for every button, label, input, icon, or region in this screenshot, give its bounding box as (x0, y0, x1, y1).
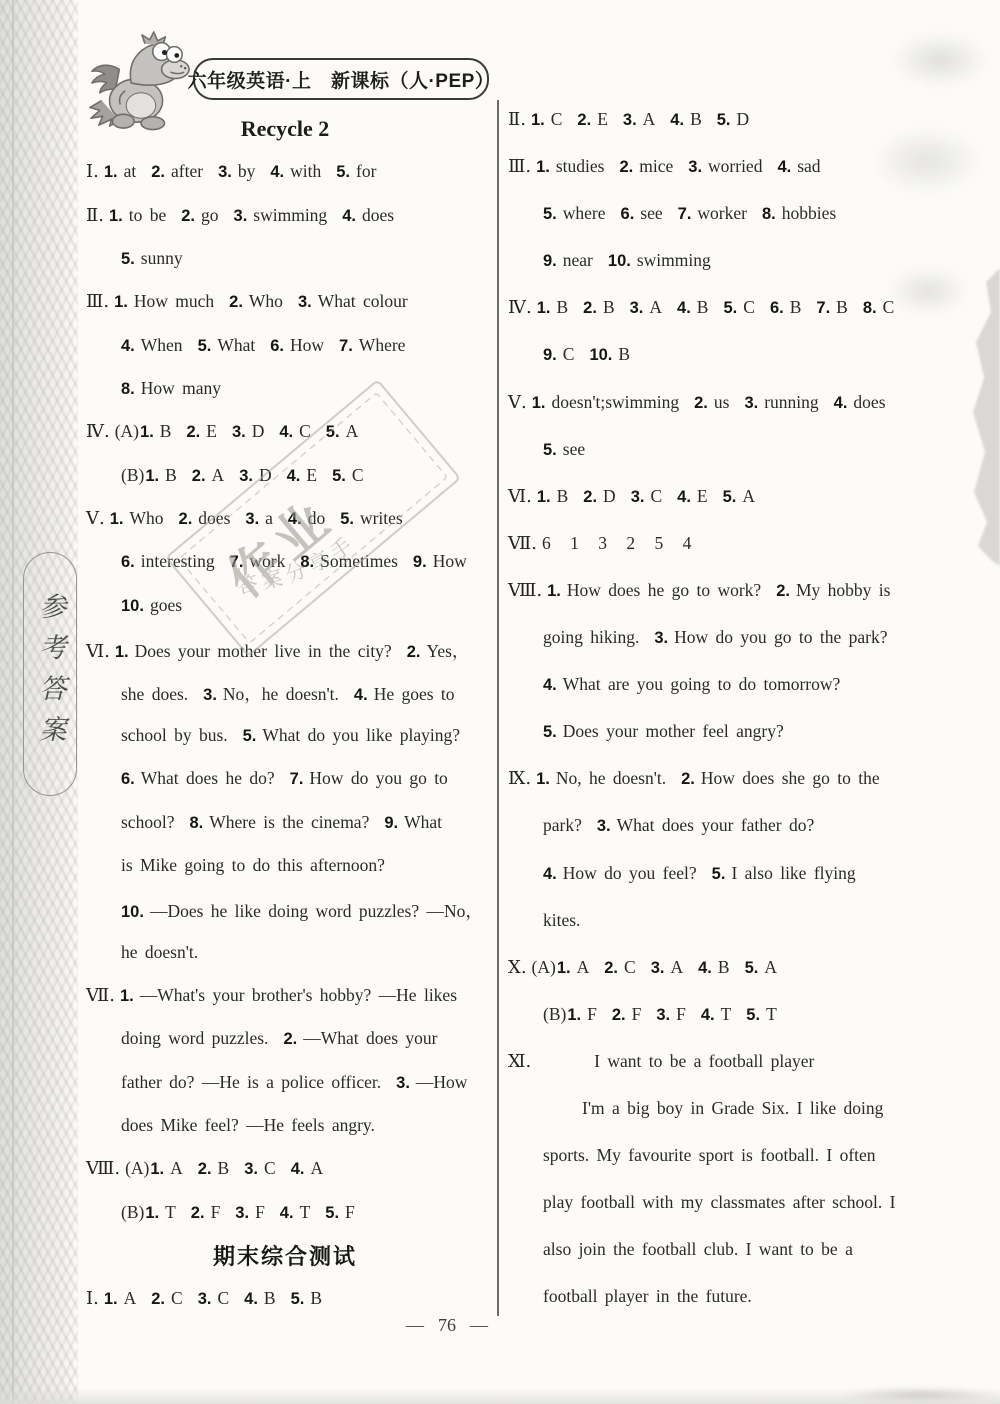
answer-line: 4.What are you going to do tomorrow? (508, 663, 910, 710)
answer-text: B (165, 465, 177, 486)
answer-line: Ⅸ.1.No, he doesn't.2.How does she go to … (508, 757, 910, 804)
section-numeral: Ⅴ. (86, 508, 105, 529)
item-number: 1. (547, 582, 561, 601)
item-number: 1. (110, 510, 124, 529)
answer-text: What (404, 812, 442, 833)
answer-line: Ⅱ.1.C2.E3.A4.B5.D (508, 98, 910, 145)
item-number: 5. (198, 337, 212, 356)
item-number: 4. (288, 510, 302, 529)
bottom-scan-smudge (840, 1388, 1000, 1402)
item-number: 1. (140, 423, 154, 442)
answer-line: 10.—Does he like doing word puzzles? —No… (86, 887, 484, 930)
item-number: 5. (723, 488, 737, 507)
answer-text: he doesn't. (121, 942, 198, 963)
section-numeral: Ⅰ. (86, 1288, 99, 1309)
item-number: 4. (777, 158, 791, 177)
answer-line: Ⅲ.1.studies2.mice3.worried4.sad (508, 145, 910, 192)
item-number: 10. (121, 597, 144, 616)
item-number: 2. (181, 207, 195, 226)
item-number: 4. (698, 959, 712, 978)
item-number: 1. (150, 1160, 164, 1179)
answer-line: Ⅴ.1.doesn't;swimming2.us3.running4.does (508, 381, 910, 428)
answers-column-right: Ⅱ.1.C2.E3.A4.B5.DⅢ.1.studies2.mice3.worr… (508, 98, 910, 1322)
item-number: 9. (543, 346, 557, 365)
answer-text: kites. (543, 910, 580, 931)
answer-text: F (587, 1004, 597, 1025)
item-number: 1. (532, 394, 546, 413)
answer-text: sports. My favourite sport is football. … (543, 1145, 876, 1166)
answer-text: F (211, 1202, 221, 1223)
answer-text: C (650, 486, 662, 507)
answer-line: he doesn't. (86, 931, 484, 974)
item-number: 1. (114, 293, 128, 312)
section-title: 期末综合测试 (86, 1234, 484, 1277)
item-number: 8. (762, 205, 776, 224)
answer-text: My hobby is (796, 580, 890, 601)
answer-text: —What's your brother's hobby? —He likes (140, 985, 457, 1006)
section-numeral: Ⅸ. (508, 768, 531, 789)
section-numeral: Ⅱ. (508, 109, 526, 130)
answer-text: B (218, 1158, 230, 1179)
item-number: 10. (589, 346, 612, 365)
answer-text: doesn't;swimming (552, 392, 680, 413)
answer-line: father do? —He is a police officer.3.—Ho… (86, 1061, 484, 1104)
answer-text: No, he doesn't. (556, 768, 666, 789)
page: { "header": { "series": "六年级英语·上 新课标（人·P… (0, 0, 1000, 1404)
answer-text: does (853, 392, 885, 413)
item-number: 2. (619, 158, 633, 177)
answer-line: is Mike going to do this afternoon? (86, 844, 484, 887)
item-number: 7. (816, 299, 830, 318)
answer-text: Who (249, 291, 283, 312)
answer-line: 8.How many (86, 367, 484, 410)
answer-line: school?8.Where is the cinema?9.What (86, 801, 484, 844)
answer-text: where (563, 203, 606, 224)
answer-line: Ⅰ.1.at2.after3.by4.with5.for (86, 150, 484, 193)
answer-text: Sometimes (320, 551, 398, 572)
answer-line: Ⅷ.1.How does he go to work?2.My hobby is (508, 569, 910, 616)
item-number: 3. (654, 629, 668, 648)
answer-text: Where (359, 335, 406, 356)
item-number: 7. (678, 205, 692, 224)
answer-text: E (597, 109, 608, 130)
answer-line: Ⅶ.1.—What's your brother's hobby? —He li… (86, 974, 484, 1017)
item-number: 3. (744, 394, 758, 413)
item-number: 1. (567, 1006, 581, 1025)
answer-text: What do you like playing? (262, 725, 460, 746)
answer-text: (A) (115, 421, 139, 442)
answer-text: I want to be a football player (594, 1051, 814, 1072)
item-number: 3. (203, 686, 217, 705)
answer-text: No，he doesn't. (223, 681, 339, 706)
item-number: 5. (717, 111, 731, 130)
answer-text: D (252, 421, 265, 442)
answer-line: sports. My favourite sport is football. … (508, 1134, 910, 1181)
item-number: 4. (280, 1204, 294, 1223)
scan-smudge (888, 268, 968, 314)
item-number: 1. (145, 467, 159, 486)
answer-text: (B) (543, 1004, 566, 1025)
answer-line: Ⅲ.1.How much2.Who3.What colour (86, 280, 484, 323)
section-numeral: Ⅳ. (86, 421, 110, 442)
item-number: 3. (623, 111, 637, 130)
answer-line: 5.Does your mother feel angry? (508, 710, 910, 757)
item-number: 4. (342, 207, 356, 226)
answer-text: F (676, 1004, 686, 1025)
item-number: 2. (407, 643, 421, 662)
answer-text: A (124, 1288, 137, 1309)
answer-text: —What does your (303, 1028, 437, 1049)
reference-answers-label: 参考答案 (31, 592, 70, 756)
answer-text: at (124, 161, 137, 182)
item-number: 3. (244, 1160, 258, 1179)
answer-text: C (299, 421, 311, 442)
item-number: 3. (298, 293, 312, 312)
section-numeral: Ⅺ. (508, 1051, 531, 1072)
answer-text: near (563, 250, 593, 271)
answer-line: park?3.What does your father do? (508, 804, 910, 851)
answer-text: (A) (532, 957, 556, 978)
answer-line: 5.sunny (86, 237, 484, 280)
item-number: 4. (543, 676, 557, 695)
answer-line: 4.How do you feel?5.I also like flying (508, 852, 910, 899)
answer-text: swimming (637, 250, 711, 271)
answer-text: F (345, 1202, 355, 1223)
answer-line: 9.near10.swimming (508, 239, 910, 286)
answer-text: Who (130, 508, 164, 529)
item-number: 4. (670, 111, 684, 130)
answer-text: interesting (141, 551, 215, 572)
item-number: 6. (770, 299, 784, 318)
item-number: 7. (230, 553, 244, 572)
section-numeral: Ⅵ. (86, 641, 110, 662)
answer-text: D (737, 109, 750, 130)
item-number: 2. (583, 299, 597, 318)
answer-text: worker (697, 203, 747, 224)
item-number: 8. (189, 814, 203, 833)
answer-text: B (718, 957, 730, 978)
answer-line: Ⅱ.1.to be2.go3.swimming4.does (86, 194, 484, 237)
item-number: 2. (694, 394, 708, 413)
section-numeral: Ⅶ. (508, 533, 537, 554)
item-number: 7. (290, 770, 304, 789)
item-number: 5. (325, 1204, 339, 1223)
answer-text: school? (121, 812, 174, 833)
section-numeral: Ⅳ. (508, 297, 532, 318)
answer-text: sad (797, 156, 820, 177)
item-number: 3. (597, 817, 611, 836)
answer-text: How do you feel? (563, 863, 697, 884)
item-number: 3. (688, 158, 702, 177)
item-number: 2. (151, 163, 165, 182)
answer-line: 4.When5.What6.How7.Where (86, 324, 484, 367)
answer-text: doing word puzzles. (121, 1028, 268, 1049)
item-number: 8. (121, 380, 135, 399)
answers-column-left: Recycle 2Ⅰ.1.at2.after3.by4.with5.forⅡ.1… (86, 107, 484, 1321)
answer-text: How does she go to the (701, 768, 880, 789)
answer-text: does (362, 205, 394, 226)
series-badge: 六年级英语·上 新课标（人·PEP） (193, 58, 489, 100)
answer-text: B (556, 297, 568, 318)
item-number: 3. (218, 163, 232, 182)
item-number: 4. (677, 488, 691, 507)
answer-line: Ⅹ.(A)1.A2.C3.A4.B5.A (508, 946, 910, 993)
item-number: 2. (604, 959, 618, 978)
answer-line: 5.see (508, 428, 910, 475)
item-number: 5. (243, 727, 257, 746)
item-number: 9. (413, 553, 427, 572)
answer-line: play football with my classmates after s… (508, 1181, 910, 1228)
answer-line: 6.interesting7.work8.Sometimes9.How (86, 540, 484, 583)
answer-text: is Mike going to do this afternoon? (121, 855, 385, 876)
answer-text: How much (134, 291, 214, 312)
answer-text: with (290, 161, 321, 182)
item-number: 1. (145, 1204, 159, 1223)
section-numeral: Ⅱ. (86, 205, 104, 226)
item-number: 5. (745, 959, 759, 978)
item-number: 7. (339, 337, 353, 356)
answer-text: A (670, 957, 683, 978)
answer-text: E (306, 465, 317, 486)
item-number: 3. (245, 510, 259, 529)
answer-text: T (300, 1202, 311, 1223)
item-number: 8. (863, 299, 877, 318)
answer-text: What does your father do? (617, 815, 815, 836)
item-number: 5. (746, 1006, 760, 1025)
answer-text: studies (556, 156, 605, 177)
answer-text: Does your mother feel angry? (563, 721, 784, 742)
item-number: 5. (543, 723, 557, 742)
answer-text: 6 1 3 2 5 4 (542, 533, 697, 554)
item-number: 3. (651, 959, 665, 978)
answer-line: I'm a big boy in Grade Six. I like doing (508, 1087, 910, 1134)
answer-text: C (743, 297, 755, 318)
answer-text: When (141, 335, 183, 356)
item-number: 5. (121, 250, 135, 269)
item-number: 4. (291, 1160, 305, 1179)
section-numeral: Ⅷ. (86, 1158, 120, 1179)
answer-text: does (198, 508, 230, 529)
answer-text: B (603, 297, 615, 318)
answer-text: for (356, 161, 376, 182)
answer-text: sunny (141, 248, 183, 269)
answer-text: C (352, 465, 364, 486)
item-number: 4. (354, 686, 368, 705)
section-numeral: Ⅶ. (86, 985, 115, 1006)
answer-text: a (265, 508, 273, 529)
answer-text: work (249, 551, 285, 572)
answer-text: running (764, 392, 818, 413)
section-title: Recycle 2 (86, 107, 484, 150)
answer-text: C (551, 109, 563, 130)
answer-text: see (563, 439, 585, 460)
answer-text: B (690, 109, 702, 130)
answer-text: (B) (121, 1202, 144, 1223)
item-number: 5. (340, 510, 354, 529)
item-number: 1. (557, 959, 571, 978)
item-number: 3. (396, 1074, 410, 1093)
answer-text: A (346, 421, 359, 442)
answer-text: What are you going to do tomorrow? (563, 674, 841, 695)
item-number: 4. (270, 163, 284, 182)
item-number: 5. (332, 467, 346, 486)
answer-text: C (264, 1158, 276, 1179)
answer-text: A (310, 1158, 323, 1179)
answer-text: she does. (121, 684, 188, 705)
answer-text: C (624, 957, 636, 978)
answer-text: to be (129, 205, 167, 226)
item-number: 1. (115, 643, 129, 662)
item-number: 10. (608, 252, 631, 271)
item-number: 2. (151, 1290, 165, 1309)
item-number: 2. (192, 467, 206, 486)
section-numeral: Ⅴ. (508, 392, 527, 413)
answer-text: F (632, 1004, 642, 1025)
answer-text: How many (141, 378, 221, 399)
item-number: 8. (300, 553, 314, 572)
answer-text: F (255, 1202, 265, 1223)
footer-dash-left: — (406, 1315, 424, 1336)
item-number: 2. (283, 1030, 297, 1049)
answer-text: I also like flying (731, 863, 855, 884)
answer-text: Does your mother live in the city? (135, 641, 392, 662)
answer-line: also join the football club. I want to b… (508, 1228, 910, 1275)
item-number: 5. (326, 423, 340, 442)
answer-text: writes (360, 508, 403, 529)
answer-text: by (238, 161, 256, 182)
answer-text: A (764, 957, 777, 978)
answer-text: mice (639, 156, 673, 177)
section-numeral: Ⅲ. (508, 156, 531, 177)
answer-text: also join the football club. I want to b… (543, 1239, 853, 1260)
item-number: 3. (234, 207, 248, 226)
item-number: 2. (681, 770, 695, 789)
answer-text: How (290, 335, 324, 356)
answer-text: C (171, 1288, 183, 1309)
item-number: 4. (701, 1006, 715, 1025)
answer-line: Ⅳ.1.B2.B3.A4.B5.C6.B7.B8.C (508, 286, 910, 333)
answer-line: she does.3.No，he doesn't.4.He goes to (86, 670, 484, 713)
answer-text: A (649, 297, 662, 318)
item-number: 3. (656, 1006, 670, 1025)
answer-text: A (170, 1158, 183, 1179)
answer-text: swimming (253, 205, 327, 226)
answer-text: B (836, 297, 848, 318)
item-number: 3. (232, 423, 246, 442)
section-numeral: Ⅵ. (508, 486, 532, 507)
answer-text: He goes to (374, 684, 455, 705)
item-number: 5. (723, 299, 737, 318)
answer-text: E (697, 486, 708, 507)
answer-text: What (217, 335, 255, 356)
answer-text: go (201, 205, 219, 226)
item-number: 5. (291, 1290, 305, 1309)
answer-text: us (714, 392, 730, 413)
item-number: 4. (121, 337, 135, 356)
answer-line: Ⅵ.1.Does your mother live in the city?2.… (86, 627, 484, 670)
answer-text: goes (150, 595, 182, 616)
item-number: 1. (104, 163, 118, 182)
answer-text: do (308, 508, 326, 529)
item-number: 4. (834, 394, 848, 413)
item-number: 3. (630, 299, 644, 318)
item-number: 3. (631, 488, 645, 507)
answer-text: B (160, 421, 172, 442)
answer-text: T (721, 1004, 732, 1025)
item-number: 3. (239, 467, 253, 486)
answer-line: Ⅵ.1.B2.D3.C4.E5.A (508, 475, 910, 522)
answer-line: 5.where6.see7.worker8.hobbies (508, 192, 910, 239)
answer-line: 10.goes (86, 584, 484, 627)
reference-answers-tab: 参考答案 (23, 552, 77, 796)
item-number: 2. (186, 423, 200, 442)
answer-text: does Mike feel? —He feels angry. (121, 1115, 375, 1136)
item-number: 1. (537, 299, 551, 318)
answer-text: —Does he like doing word puzzles? —No， (150, 898, 483, 923)
item-number: 4. (543, 865, 557, 884)
answer-text: (B) (121, 465, 144, 486)
answer-text: How do you go to (309, 768, 447, 789)
answer-line: doing word puzzles.2.—What does your (86, 1017, 484, 1060)
item-number: 2. (583, 488, 597, 507)
item-number: 3. (235, 1204, 249, 1223)
item-number: 2. (179, 510, 193, 529)
answer-text: school by bus. (121, 725, 228, 746)
answer-line: (B)1.F2.F3.F4.T5.T (508, 993, 910, 1040)
column-divider (497, 100, 499, 1316)
footer-dash-right: — (470, 1315, 488, 1336)
answer-text: park? (543, 815, 582, 836)
item-number: 2. (612, 1006, 626, 1025)
answer-text: —How (416, 1072, 468, 1093)
item-number: 1. (536, 158, 550, 177)
answer-text: B (618, 344, 630, 365)
answer-text: football player in the future. (543, 1286, 752, 1307)
item-number: 2. (191, 1204, 205, 1223)
footer-number: 76 (438, 1315, 456, 1336)
item-number: 3. (198, 1290, 212, 1309)
answer-line: (B)1.B2.A3.D4.E5.C (86, 454, 484, 497)
left-margin-line (12, 0, 14, 1404)
section-numeral: Ⅲ. (86, 291, 109, 312)
answer-text: E (206, 421, 217, 442)
section-numeral: Ⅷ. (508, 580, 542, 601)
answer-text: worried (708, 156, 762, 177)
item-number: 6. (121, 553, 135, 572)
answer-text: Where is the cinema? (209, 812, 369, 833)
item-number: 6. (121, 770, 135, 789)
answer-line: 9.C10.B (508, 333, 910, 380)
item-number: 1. (537, 488, 551, 507)
answer-line: Ⅷ.(A)1.A2.B3.C4.A (86, 1147, 484, 1190)
answer-text: after (171, 161, 203, 182)
answer-text: I'm a big boy in Grade Six. I like doing (582, 1098, 883, 1119)
answer-text: A (577, 957, 590, 978)
item-number: 2. (577, 111, 591, 130)
answer-line: 6.What does he do?7.How do you go to (86, 757, 484, 800)
answer-text: (A) (125, 1158, 149, 1179)
answer-text: hobbies (782, 203, 836, 224)
item-number: 2. (198, 1160, 212, 1179)
item-number: 9. (543, 252, 557, 271)
answer-text: A (212, 465, 225, 486)
answer-text: A (643, 109, 656, 130)
answer-text: play football with my classmates after s… (543, 1192, 895, 1213)
page-number: — 76 — (372, 1310, 522, 1340)
item-number: 1. (531, 111, 545, 130)
answer-text: How (433, 551, 467, 572)
answer-text: Yes， (426, 638, 469, 663)
